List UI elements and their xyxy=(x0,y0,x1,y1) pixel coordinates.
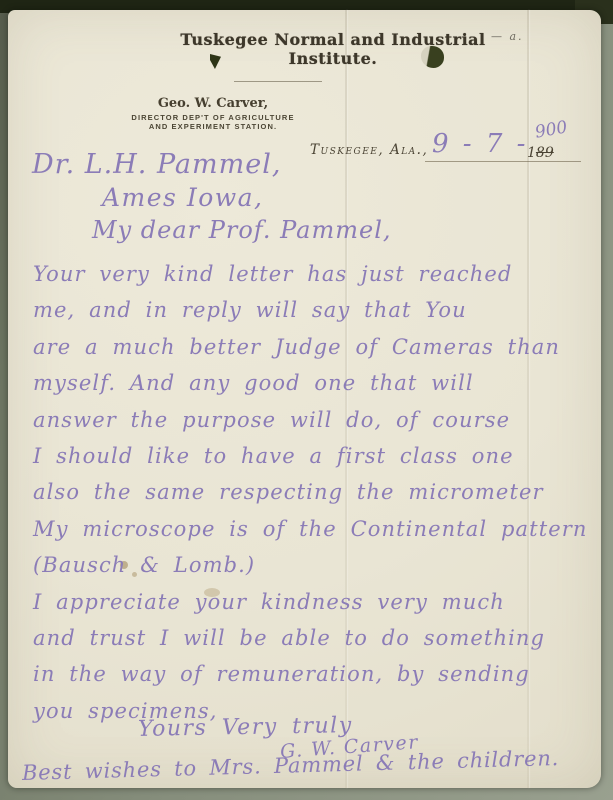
scanned-letter: Tuskegee Normal and Industrial Institute… xyxy=(0,0,613,800)
sender-name: Geo. W. Carver, xyxy=(108,96,318,111)
body-line: My microscope is of the Continental patt… xyxy=(33,517,608,553)
body-line: and trust I will be able to do something xyxy=(33,626,608,662)
printed-divider-rule xyxy=(234,81,322,82)
recipient-city: Ames Iowa, xyxy=(102,183,264,212)
salutation: My dear Prof. Pammel, xyxy=(92,216,392,244)
body-line: me, and in reply will say that You xyxy=(33,298,608,334)
handwritten-date: 9 - 7 - xyxy=(432,129,528,159)
pencil-annotation: — a. xyxy=(491,30,524,43)
sender-block: Geo. W. Carver, DIRECTOR DEP'T OF AGRICU… xyxy=(108,96,318,131)
body-line: are a much better Judge of Cameras than xyxy=(33,335,608,371)
body-line: (Bausch & Lomb.) xyxy=(33,553,608,589)
printed-year: 189 xyxy=(527,145,554,161)
body-line: in the way of remuneration, by sending xyxy=(33,662,608,698)
sender-title-line1: DIRECTOR DEP'T OF AGRICULTURE xyxy=(108,113,318,122)
dateline-underline xyxy=(425,161,581,162)
handwritten-year-correction: 900 xyxy=(534,117,569,142)
printed-year-struck-digits: 89 xyxy=(536,145,554,161)
dateline-place: Tuskegee, Ala., xyxy=(310,142,428,158)
body-line: also the same respecting the micrometer xyxy=(33,480,608,516)
body-line: myself. And any good one that will xyxy=(33,371,608,407)
letter-paper: Tuskegee Normal and Industrial Institute… xyxy=(8,10,601,788)
body-line: I should like to have a first class one xyxy=(33,444,608,480)
letter-body: Your very kind letter has just reached m… xyxy=(33,262,608,735)
recipient-name: Dr. L.H. Pammel, xyxy=(32,149,281,180)
body-line: I appreciate your kindness very much xyxy=(33,590,608,626)
body-line: Your very kind letter has just reached xyxy=(33,262,608,298)
body-line: answer the purpose will do, of course xyxy=(33,408,608,444)
printed-year-prefix: 1 xyxy=(527,145,536,161)
sender-title-line2: AND EXPERIMENT STATION. xyxy=(108,122,318,131)
paper-hole-large xyxy=(421,46,444,68)
